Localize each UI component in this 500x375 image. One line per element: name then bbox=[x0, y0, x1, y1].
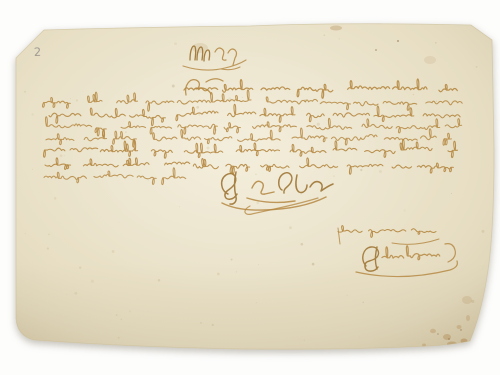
paper-speck bbox=[362, 302, 363, 303]
paper-bottom-shading bbox=[0, 0, 500, 375]
paper-speck bbox=[217, 273, 220, 276]
paper-speck bbox=[360, 169, 362, 171]
paper-speck bbox=[242, 97, 243, 98]
paper-speck bbox=[66, 294, 67, 295]
paper-speck bbox=[304, 340, 305, 341]
paper-speck bbox=[236, 271, 237, 272]
foxing-blotch bbox=[462, 296, 472, 304]
foxing-speck bbox=[460, 329, 461, 330]
foxing-blotch bbox=[457, 325, 462, 329]
paper-speck bbox=[118, 337, 120, 339]
paper-speck bbox=[379, 170, 382, 173]
paper-speck bbox=[476, 66, 478, 68]
paper-speck bbox=[301, 194, 302, 195]
paper-speck bbox=[347, 295, 348, 296]
paper-speck bbox=[148, 180, 149, 181]
paper-speck bbox=[64, 155, 65, 156]
paper-speck bbox=[54, 197, 56, 199]
foxing-speck bbox=[465, 342, 467, 344]
foxing-blotch bbox=[422, 344, 426, 347]
paper-speck bbox=[25, 233, 26, 234]
paper-speck bbox=[255, 174, 257, 176]
paper-speck bbox=[121, 319, 123, 321]
paper-speck bbox=[359, 337, 360, 338]
paper-speck bbox=[60, 154, 63, 157]
paper-speck bbox=[200, 322, 202, 324]
paper-speck bbox=[48, 234, 50, 236]
paper-speck bbox=[436, 101, 437, 102]
paper-speck bbox=[47, 247, 49, 249]
paper-speck bbox=[198, 114, 200, 116]
paper-speck bbox=[119, 222, 120, 223]
foxing-blotch bbox=[466, 315, 470, 321]
paper-speck bbox=[179, 206, 180, 207]
paper-speck bbox=[482, 230, 485, 233]
paper-speck bbox=[324, 34, 326, 36]
paper-speck bbox=[207, 146, 210, 149]
foxing-speck bbox=[375, 49, 377, 51]
foxing-blotch bbox=[443, 334, 451, 340]
paper-speck bbox=[196, 106, 199, 109]
paper-speck bbox=[300, 243, 303, 246]
foxing-blotch bbox=[430, 329, 436, 333]
paper-speck bbox=[404, 209, 406, 211]
paper-speck bbox=[256, 201, 259, 204]
paper-speck bbox=[289, 226, 292, 229]
paper-speck bbox=[76, 99, 78, 101]
paper-speck bbox=[129, 310, 131, 312]
paper-speck bbox=[32, 169, 33, 170]
foxing-speck bbox=[437, 333, 438, 334]
foxing-blotch bbox=[330, 26, 342, 31]
paper-surface: 2 bbox=[0, 0, 500, 375]
paper-speck bbox=[74, 292, 77, 295]
paper-speck bbox=[174, 42, 177, 45]
paper-speck bbox=[333, 175, 335, 177]
paper-speck bbox=[79, 267, 81, 269]
paper-speck bbox=[413, 94, 414, 95]
paper-speck bbox=[70, 98, 71, 99]
paper-speck bbox=[256, 302, 257, 303]
paper-speck bbox=[172, 85, 175, 88]
manuscript-photo: 2 bbox=[0, 0, 500, 375]
paper-speck bbox=[317, 123, 320, 126]
paper-speck bbox=[158, 279, 161, 282]
foxing-speck bbox=[397, 40, 399, 42]
paper-speck bbox=[31, 113, 33, 115]
foxing-speck bbox=[448, 338, 450, 340]
paper-speck bbox=[258, 264, 259, 265]
photo-backdrop: 2 bbox=[0, 0, 500, 375]
paper-speck bbox=[451, 193, 452, 194]
paper-speck bbox=[212, 324, 214, 326]
paper-speck bbox=[112, 250, 115, 253]
paper-speck bbox=[24, 91, 26, 93]
paper-speck bbox=[231, 259, 233, 261]
paper-speck bbox=[116, 314, 118, 316]
paper-speck bbox=[339, 38, 340, 39]
foxing-blotch bbox=[424, 56, 436, 64]
paper-speck bbox=[125, 131, 127, 133]
paper-speck bbox=[435, 42, 437, 44]
paper-speck bbox=[312, 263, 315, 266]
paper-speck bbox=[91, 280, 94, 283]
pencil-archival-number: 2 bbox=[34, 45, 42, 59]
